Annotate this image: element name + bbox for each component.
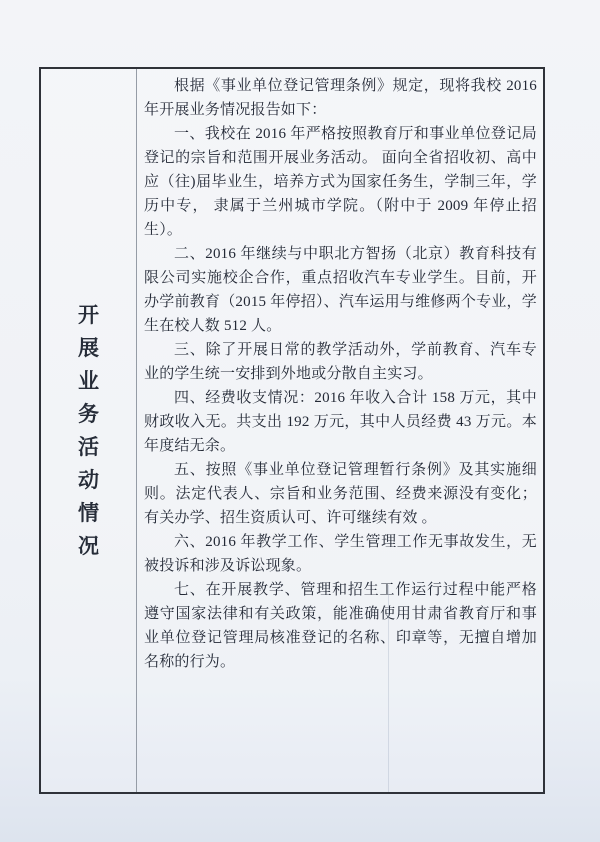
report-paragraph: 六、2016 年教学工作、学生管理工作无事故发生，无被投诉和涉及诉讼现象。 — [144, 530, 537, 578]
row-label-char: 业 — [78, 371, 99, 392]
report-body: 根据《事业单位登记管理条例》规定，现将我校 2016 年开展业务情况报告如下：一… — [144, 74, 537, 674]
scan-crease-artifact — [388, 585, 389, 792]
row-label-char: 务 — [78, 404, 99, 425]
report-paragraph: 根据《事业单位登记管理条例》规定，现将我校 2016 年开展业务情况报告如下： — [144, 74, 537, 122]
row-label: 开展业务活动情况 — [78, 305, 99, 557]
report-paragraph: 二、2016 年继续与中职北方智扬（北京）教育科技有限公司实施校企合作，重点招收… — [144, 242, 537, 338]
report-table: 开展业务活动情况 根据《事业单位登记管理条例》规定，现将我校 2016 年开展业… — [39, 67, 545, 794]
report-paragraph: 五、按照《事业单位登记管理暂行条例》及其实施细则。法定代表人、宗旨和业务范围、经… — [144, 458, 537, 530]
report-paragraph: 七、在开展教学、管理和招生工作运行过程中能严格遵守国家法律和有关政策，能准确使用… — [144, 578, 537, 674]
report-content-cell: 根据《事业单位登记管理条例》规定，现将我校 2016 年开展业务情况报告如下：一… — [137, 69, 543, 792]
row-label-char: 展 — [78, 338, 99, 359]
row-label-char: 情 — [78, 503, 99, 524]
row-label-char: 况 — [78, 536, 99, 557]
scanned-report-page: 开展业务活动情况 根据《事业单位登记管理条例》规定，现将我校 2016 年开展业… — [0, 0, 600, 842]
report-paragraph: 三、除了开展日常的教学活动外，学前教育、汽车专业的学生统一安排到外地或分散自主实… — [144, 338, 537, 386]
report-paragraph: 四、经费收支情况：2016 年收入合计 158 万元，其中财政收入无。共支出 1… — [144, 386, 537, 458]
row-label-char: 动 — [78, 470, 99, 491]
row-label-char: 开 — [78, 305, 99, 326]
report-paragraph: 一、我校在 2016 年严格按照教育厅和事业单位登记局登记的宗旨和范围开展业务活… — [144, 122, 537, 242]
row-label-char: 活 — [78, 437, 99, 458]
row-label-cell: 开展业务活动情况 — [41, 69, 137, 792]
